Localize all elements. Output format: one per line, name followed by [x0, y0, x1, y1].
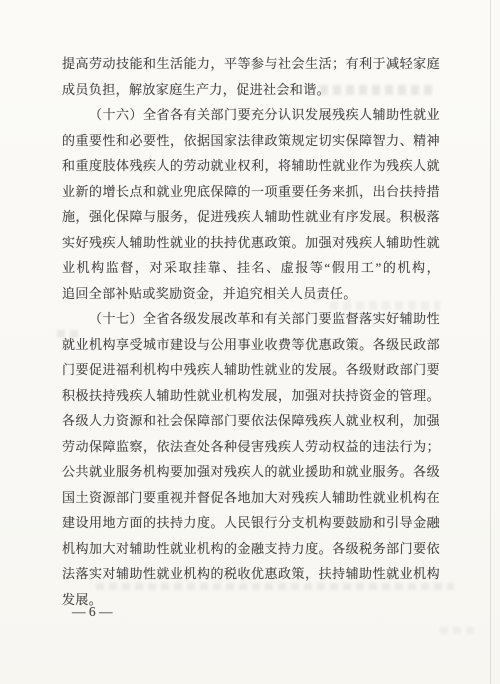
- text-line: 建设用地方面的扶持力度。人民银行分支机构要鼓励和引导金融: [62, 510, 440, 536]
- text-line: 就业机构享受城市建设与公用事业收费等优惠政策。各级民政部: [62, 332, 440, 358]
- text-line: 各级人力资源和社会保障部门要依法保障残疾人就业权利，加强: [62, 408, 440, 434]
- text-line: 和重度肢体残疾人的劳动就业权利，将辅助性就业作为残疾人就: [62, 153, 440, 179]
- text-line-section-17: （十七）全省各级发展改革和有关部门要监督落实好辅助性: [62, 306, 440, 332]
- text-line: 追回全部补贴或奖励资金，并追究相关人员责任。: [62, 281, 440, 307]
- scan-artifact: [440, 627, 474, 634]
- text-line: 积极扶持残疾人辅助性就业机构发展，加强对扶持资金的管理。: [62, 383, 440, 409]
- text-line: 业新的增长点和就业兜底保障的一项重要任务来抓，出台扶持措: [62, 179, 440, 205]
- text-line: 业机构监督，对采取挂靠、挂名、虚报等“假用工”的机构，: [62, 255, 440, 281]
- page-number: — 6 —: [72, 603, 113, 620]
- text-line: 实好残疾人辅助性就业的扶持优惠政策。加强对残疾人辅助性就: [62, 230, 440, 256]
- text-line: 发展。: [62, 587, 440, 613]
- text-line: 劳动保障监察，依法查处各种侵害残疾人劳动权益的违法行为；: [62, 434, 440, 460]
- paper-edge-line: [490, 0, 491, 684]
- document-page: 提高劳动技能和生活能力，平等参与社会生活；有利于减轻家庭 成员负担，解放家庭生产…: [0, 0, 500, 684]
- document-body: 提高劳动技能和生活能力，平等参与社会生活；有利于减轻家庭 成员负担，解放家庭生产…: [62, 51, 440, 612]
- text-line: 施，强化保障与服务，促进残疾人辅助性就业有序发展。积极落: [62, 204, 440, 230]
- text-line-section-16: （十六）全省各有关部门要充分认识发展残疾人辅助性就业: [62, 102, 440, 128]
- text-line: 成员负担，解放家庭生产力，促进社会和谐。: [62, 77, 440, 103]
- text-line: 公共就业服务机构要加强对残疾人的就业援助和就业服务。各级: [62, 459, 440, 485]
- text-line: 法落实对辅助性就业机构的税收优惠政策，扶持辅助性就业机构: [62, 561, 440, 587]
- text-line: 提高劳动技能和生活能力，平等参与社会生活；有利于减轻家庭: [62, 51, 440, 77]
- text-line: 国土资源部门要重视并督促各地加大对残疾人辅助性就业机构在: [62, 485, 440, 511]
- text-line: 的重要性和必要性，依据国家法律政策规定切实保障智力、精神: [62, 128, 440, 154]
- text-line: 机构加大对辅助性就业机构的金融支持力度。各级税务部门要依: [62, 536, 440, 562]
- text-line: 门要促进福利机构中残疾人辅助性就业的发展。各级财政部门要: [62, 357, 440, 383]
